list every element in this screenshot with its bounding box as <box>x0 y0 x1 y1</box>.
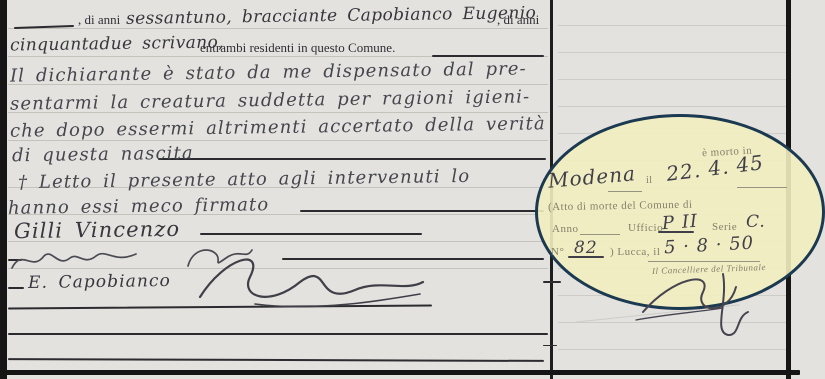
printed-residenti: entrambi residenti in questo Comune. <box>200 40 395 56</box>
printed-di-anni-2: , di anni <box>497 12 539 28</box>
stamp-underline <box>568 256 604 258</box>
handwritten-line-5: che dopo essermi altrimenti accertato de… <box>10 113 546 141</box>
stamp-blank-line <box>608 191 642 192</box>
ink-line <box>543 345 557 346</box>
stamp-anno-label: Anno <box>552 223 578 235</box>
handwritten-age: cinquantadue scrivano, <box>10 33 224 56</box>
handwritten-line-6: di questa nascita <box>12 143 194 167</box>
handwritten-witness-names: sessantuno, bracciante Capobianco Eugeni… <box>126 3 536 29</box>
stamp-serie-value: C. <box>746 212 766 232</box>
ruled-line <box>558 106 786 107</box>
stamp-blank-line <box>737 187 787 188</box>
ink-line <box>543 281 561 283</box>
declarant-signature: E. Capobianco <box>28 271 171 293</box>
ink-line <box>8 287 24 289</box>
ink-line <box>432 55 544 57</box>
ink-line <box>8 333 548 335</box>
left-border <box>0 0 7 379</box>
stamp-underline <box>658 231 694 233</box>
ink-line <box>8 358 544 362</box>
stamp-lucca-label: ) Lucca, il <box>610 246 660 258</box>
official-signature-flourish <box>195 252 430 314</box>
registry-scan-page: , di anni sessantuno, bracciante Capobia… <box>0 0 825 379</box>
handwritten-line-7: † Letto il presente atto agli intervenut… <box>18 166 471 193</box>
handwritten-line-8: hanno essi meco firmato <box>8 194 270 219</box>
printed-di-anni: , di anni <box>78 12 120 28</box>
stamp-numero-label: N° <box>551 246 564 258</box>
ink-line <box>158 158 546 160</box>
stamp-printed-il: il <box>646 175 653 186</box>
signature-flourish <box>8 246 143 274</box>
witness-signature: Gilli Vincenzo <box>14 217 181 243</box>
ruled-line <box>558 52 786 53</box>
stamp-numero-value: 82 <box>574 238 598 258</box>
stamp-printed-atto-di-morte: (Atto di morte del Comune di <box>548 199 693 214</box>
handwritten-line-3: Il dichiarante è stato da me dispensato … <box>10 58 527 86</box>
stamp-blank-line <box>580 234 620 235</box>
bottom-border <box>0 370 800 375</box>
ruled-line <box>558 25 786 26</box>
ruled-line <box>8 28 548 29</box>
stamp-official-flourish <box>628 262 758 340</box>
stamp-serie-label: Serie <box>712 221 737 233</box>
handwritten-line-4: sentarmi la creatura suddetta per ragion… <box>10 86 531 114</box>
ruled-line <box>558 79 786 80</box>
ink-line <box>200 233 422 235</box>
ruled-line <box>558 349 786 350</box>
ink-line <box>300 210 544 212</box>
